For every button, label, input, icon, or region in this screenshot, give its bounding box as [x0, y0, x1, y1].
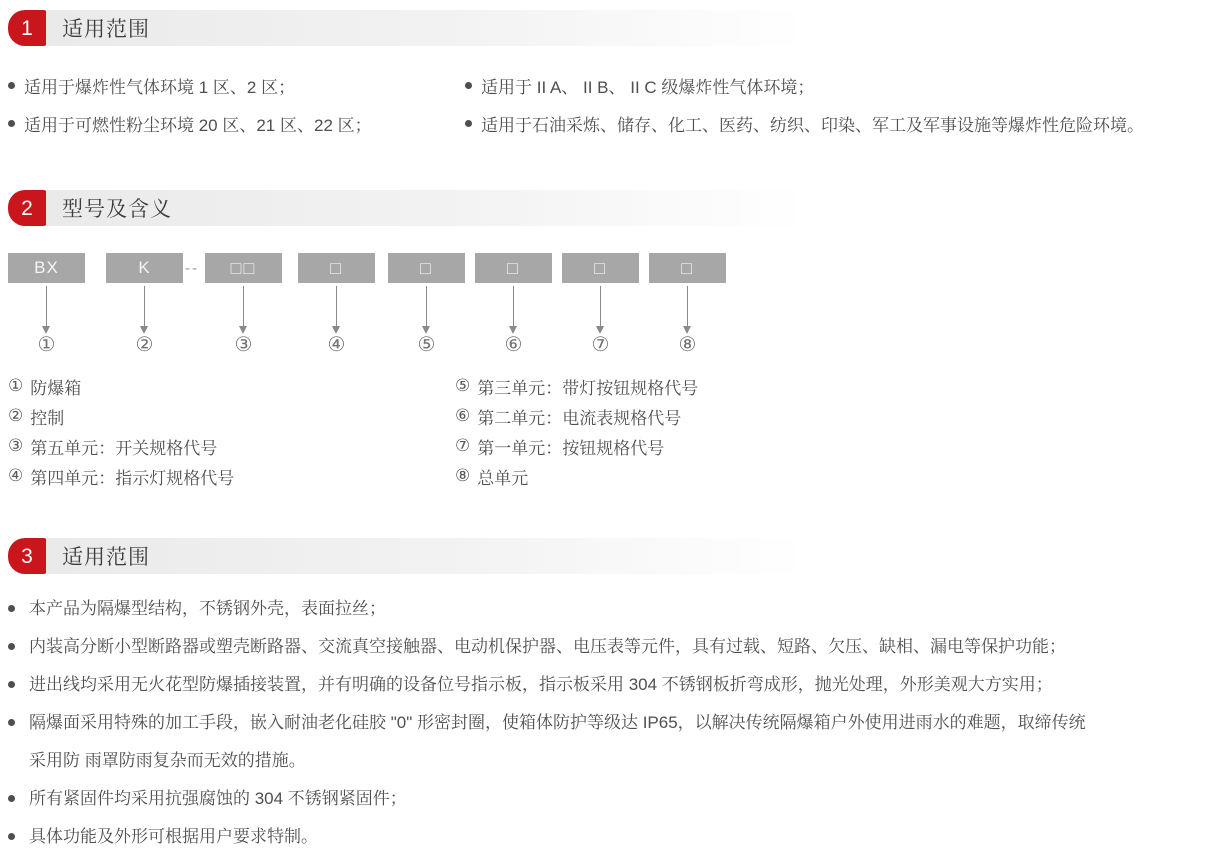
bullet-text: 适用于可燃性粉尘环境 20 区、21 区、22 区；	[24, 111, 372, 136]
bullet-item: 隔爆面采用特殊的加工手段，嵌入耐油老化硅胶 "0" 形密封圈，使箱体防护等级达 …	[8, 704, 1206, 780]
section-1-title-bar: 适用范围	[46, 10, 830, 46]
circled-number-5: ⑤	[418, 335, 436, 355]
legend-text: 控制	[30, 404, 64, 429]
legend-num: ①	[8, 376, 23, 396]
bullet-dot-icon	[8, 833, 15, 840]
bullet-text: 隔爆面采用特殊的加工手段，嵌入耐油老化硅胶 "0" 形密封圈，使箱体防护等级达 …	[29, 704, 1206, 742]
bullet-dot-icon	[8, 605, 15, 612]
legend-text: 总单元	[477, 464, 528, 489]
bullet-item: 所有紧固件均采用抗强腐蚀的 304 不锈钢紧固件；	[8, 780, 1206, 818]
section-2-title-bar: 型号及含义	[46, 190, 830, 226]
section-3-bullets: 本产品为隔爆型结构，不锈钢外壳，表面拉丝； 内装高分断小型断路器或塑壳断路器、交…	[8, 590, 1206, 856]
bullet-dot-icon	[8, 795, 15, 802]
arrow-down-icon	[144, 286, 145, 326]
circled-number-1: ①	[38, 335, 56, 355]
legend-text: 第二单元：电流表规格代号	[477, 404, 681, 429]
bullet-text-wrap: 采用防 雨罩防雨复杂而无效的措施。	[29, 742, 1206, 780]
legend-num: ⑧	[455, 466, 470, 486]
legend-num: ⑦	[455, 436, 470, 456]
legend-text: 第一单元：按钮规格代号	[477, 434, 664, 459]
bullet-dot-icon	[8, 643, 15, 650]
legend-item: ⑧ 总单元	[455, 461, 830, 491]
arrow-down-icon	[336, 286, 337, 326]
legend-right-column: ⑤ 第三单元：带灯按钮规格代号 ⑥ 第二单元：电流表规格代号 ⑦ 第一单元：按钮…	[455, 371, 830, 491]
section-1-number-badge: 1	[8, 10, 46, 46]
model-box-5: □	[388, 253, 465, 283]
legend-num: ④	[8, 466, 23, 486]
section-applicable-scope-3: 3 适用范围 本产品为隔爆型结构，不锈钢外壳，表面拉丝； 内装高分断小型断路器或…	[8, 538, 1206, 856]
section-1-title: 适用范围	[62, 13, 150, 43]
bullet-item: 适用于可燃性粉尘环境 20 区、21 区、22 区；	[8, 104, 465, 142]
bullet-item: 内装高分断小型断路器或塑壳断路器、交流真空接触器、电动机保护器、电压表等元件，具…	[8, 628, 1206, 666]
model-box-1: BX	[8, 253, 85, 283]
section-3-title-bar: 适用范围	[46, 538, 830, 574]
section-3-header: 3 适用范围	[8, 538, 830, 574]
legend-item: ① 防爆箱	[8, 371, 455, 401]
arrow-down-icon	[600, 286, 601, 326]
legend-text: 防爆箱	[30, 374, 81, 399]
circled-number-6: ⑥	[505, 335, 523, 355]
legend-item: ③ 第五单元：开关规格代号	[8, 431, 455, 461]
bullet-dot-icon	[8, 681, 15, 688]
section-1-header: 1 适用范围	[8, 10, 830, 46]
bullet-dot-icon	[8, 82, 15, 89]
bullet-text: 本产品为隔爆型结构，不锈钢外壳，表面拉丝；	[29, 590, 1206, 628]
section-1-bullets: 适用于爆炸性气体环境 1 区、2 区； 适用于 II A、 II B、 II C…	[8, 66, 1144, 142]
bullet-text: 进出线均采用无火花型防爆插接装置，并有明确的设备位号指示板，指示板采用 304 …	[29, 666, 1206, 704]
legend-num: ⑤	[455, 376, 470, 396]
bullet-dot-icon	[465, 120, 472, 127]
section-3-title: 适用范围	[62, 541, 150, 571]
model-box-3: □□	[205, 253, 282, 283]
bullet-text: 内装高分断小型断路器或塑壳断路器、交流真空接触器、电动机保护器、电压表等元件，具…	[29, 628, 1206, 666]
legend-item: ⑦ 第一单元：按钮规格代号	[455, 431, 830, 461]
arrow-down-icon	[243, 286, 244, 326]
model-box-6: □	[475, 253, 552, 283]
bullet-text: 适用于石油采炼、储存、化工、医药、纺织、印染、军工及军事设施等爆炸性危险环境。	[481, 111, 1144, 136]
bullet-dot-icon	[8, 719, 15, 726]
legend-num: ③	[8, 436, 23, 456]
circled-number-2: ②	[136, 335, 154, 355]
model-code-diagram: BX K □□ □ □ □ □ □ -- ① ② ③ ④ ⑤ ⑥ ⑦ ⑧	[8, 253, 830, 357]
section-2-header: 2 型号及含义	[8, 190, 830, 226]
legend-item: ② 控制	[8, 401, 455, 431]
arrow-down-icon	[426, 286, 427, 326]
bullet-text: 所有紧固件均采用抗强腐蚀的 304 不锈钢紧固件；	[29, 780, 1206, 818]
section-2-title: 型号及含义	[62, 193, 172, 223]
bullet-item: 本产品为隔爆型结构，不锈钢外壳，表面拉丝；	[8, 590, 1206, 628]
section-applicable-scope-1: 1 适用范围 适用于爆炸性气体环境 1 区、2 区； 适用于 II A、 II …	[8, 10, 1144, 142]
bullet-item: 适用于 II A、 II B、 II C 级爆炸性气体环境；	[465, 66, 1144, 104]
arrow-down-icon	[46, 286, 47, 326]
bullet-text: 适用于爆炸性气体环境 1 区、2 区；	[24, 73, 295, 98]
model-box-4: □	[298, 253, 375, 283]
legend-text: 第三单元：带灯按钮规格代号	[477, 374, 698, 399]
arrow-down-icon	[687, 286, 688, 326]
legend-num: ⑥	[455, 406, 470, 426]
legend-text: 第四单元：指示灯规格代号	[30, 464, 234, 489]
circled-number-7: ⑦	[592, 335, 610, 355]
circled-number-3: ③	[235, 335, 253, 355]
section-3-number-badge: 3	[8, 538, 46, 574]
bullet-item: 具体功能及外形可根据用户要求特制。	[8, 818, 1206, 856]
legend-num: ②	[8, 406, 23, 426]
legend-item: ⑤ 第三单元：带灯按钮规格代号	[455, 371, 830, 401]
legend-left-column: ① 防爆箱 ② 控制 ③ 第五单元：开关规格代号 ④ 第四单元：指示灯规格代号	[8, 371, 455, 491]
bullet-item: 适用于爆炸性气体环境 1 区、2 区；	[8, 66, 465, 104]
model-box-2: K	[106, 253, 183, 283]
bullet-dot-icon	[8, 120, 15, 127]
circled-number-8: ⑧	[679, 335, 697, 355]
model-separator-dashes: --	[185, 260, 199, 277]
legend-item: ④ 第四单元：指示灯规格代号	[8, 461, 455, 491]
model-code-legend: ① 防爆箱 ② 控制 ③ 第五单元：开关规格代号 ④ 第四单元：指示灯规格代号 …	[8, 371, 830, 491]
bullet-text: 具体功能及外形可根据用户要求特制。	[29, 818, 1206, 856]
legend-text: 第五单元：开关规格代号	[30, 434, 217, 459]
section-2-number-badge: 2	[8, 190, 46, 226]
arrow-down-icon	[513, 286, 514, 326]
model-box-8: □	[649, 253, 726, 283]
bullet-item: 进出线均采用无火花型防爆插接装置，并有明确的设备位号指示板，指示板采用 304 …	[8, 666, 1206, 704]
bullet-item: 适用于石油采炼、储存、化工、医药、纺织、印染、军工及军事设施等爆炸性危险环境。	[465, 104, 1144, 142]
bullet-dot-icon	[465, 82, 472, 89]
model-box-7: □	[562, 253, 639, 283]
legend-item: ⑥ 第二单元：电流表规格代号	[455, 401, 830, 431]
section-model-meaning: 2 型号及含义 BX K □□ □ □ □ □ □ -- ① ② ③ ④ ⑤ ⑥…	[8, 190, 830, 491]
bullet-text: 适用于 II A、 II B、 II C 级爆炸性气体环境；	[481, 73, 814, 98]
circled-number-4: ④	[328, 335, 346, 355]
